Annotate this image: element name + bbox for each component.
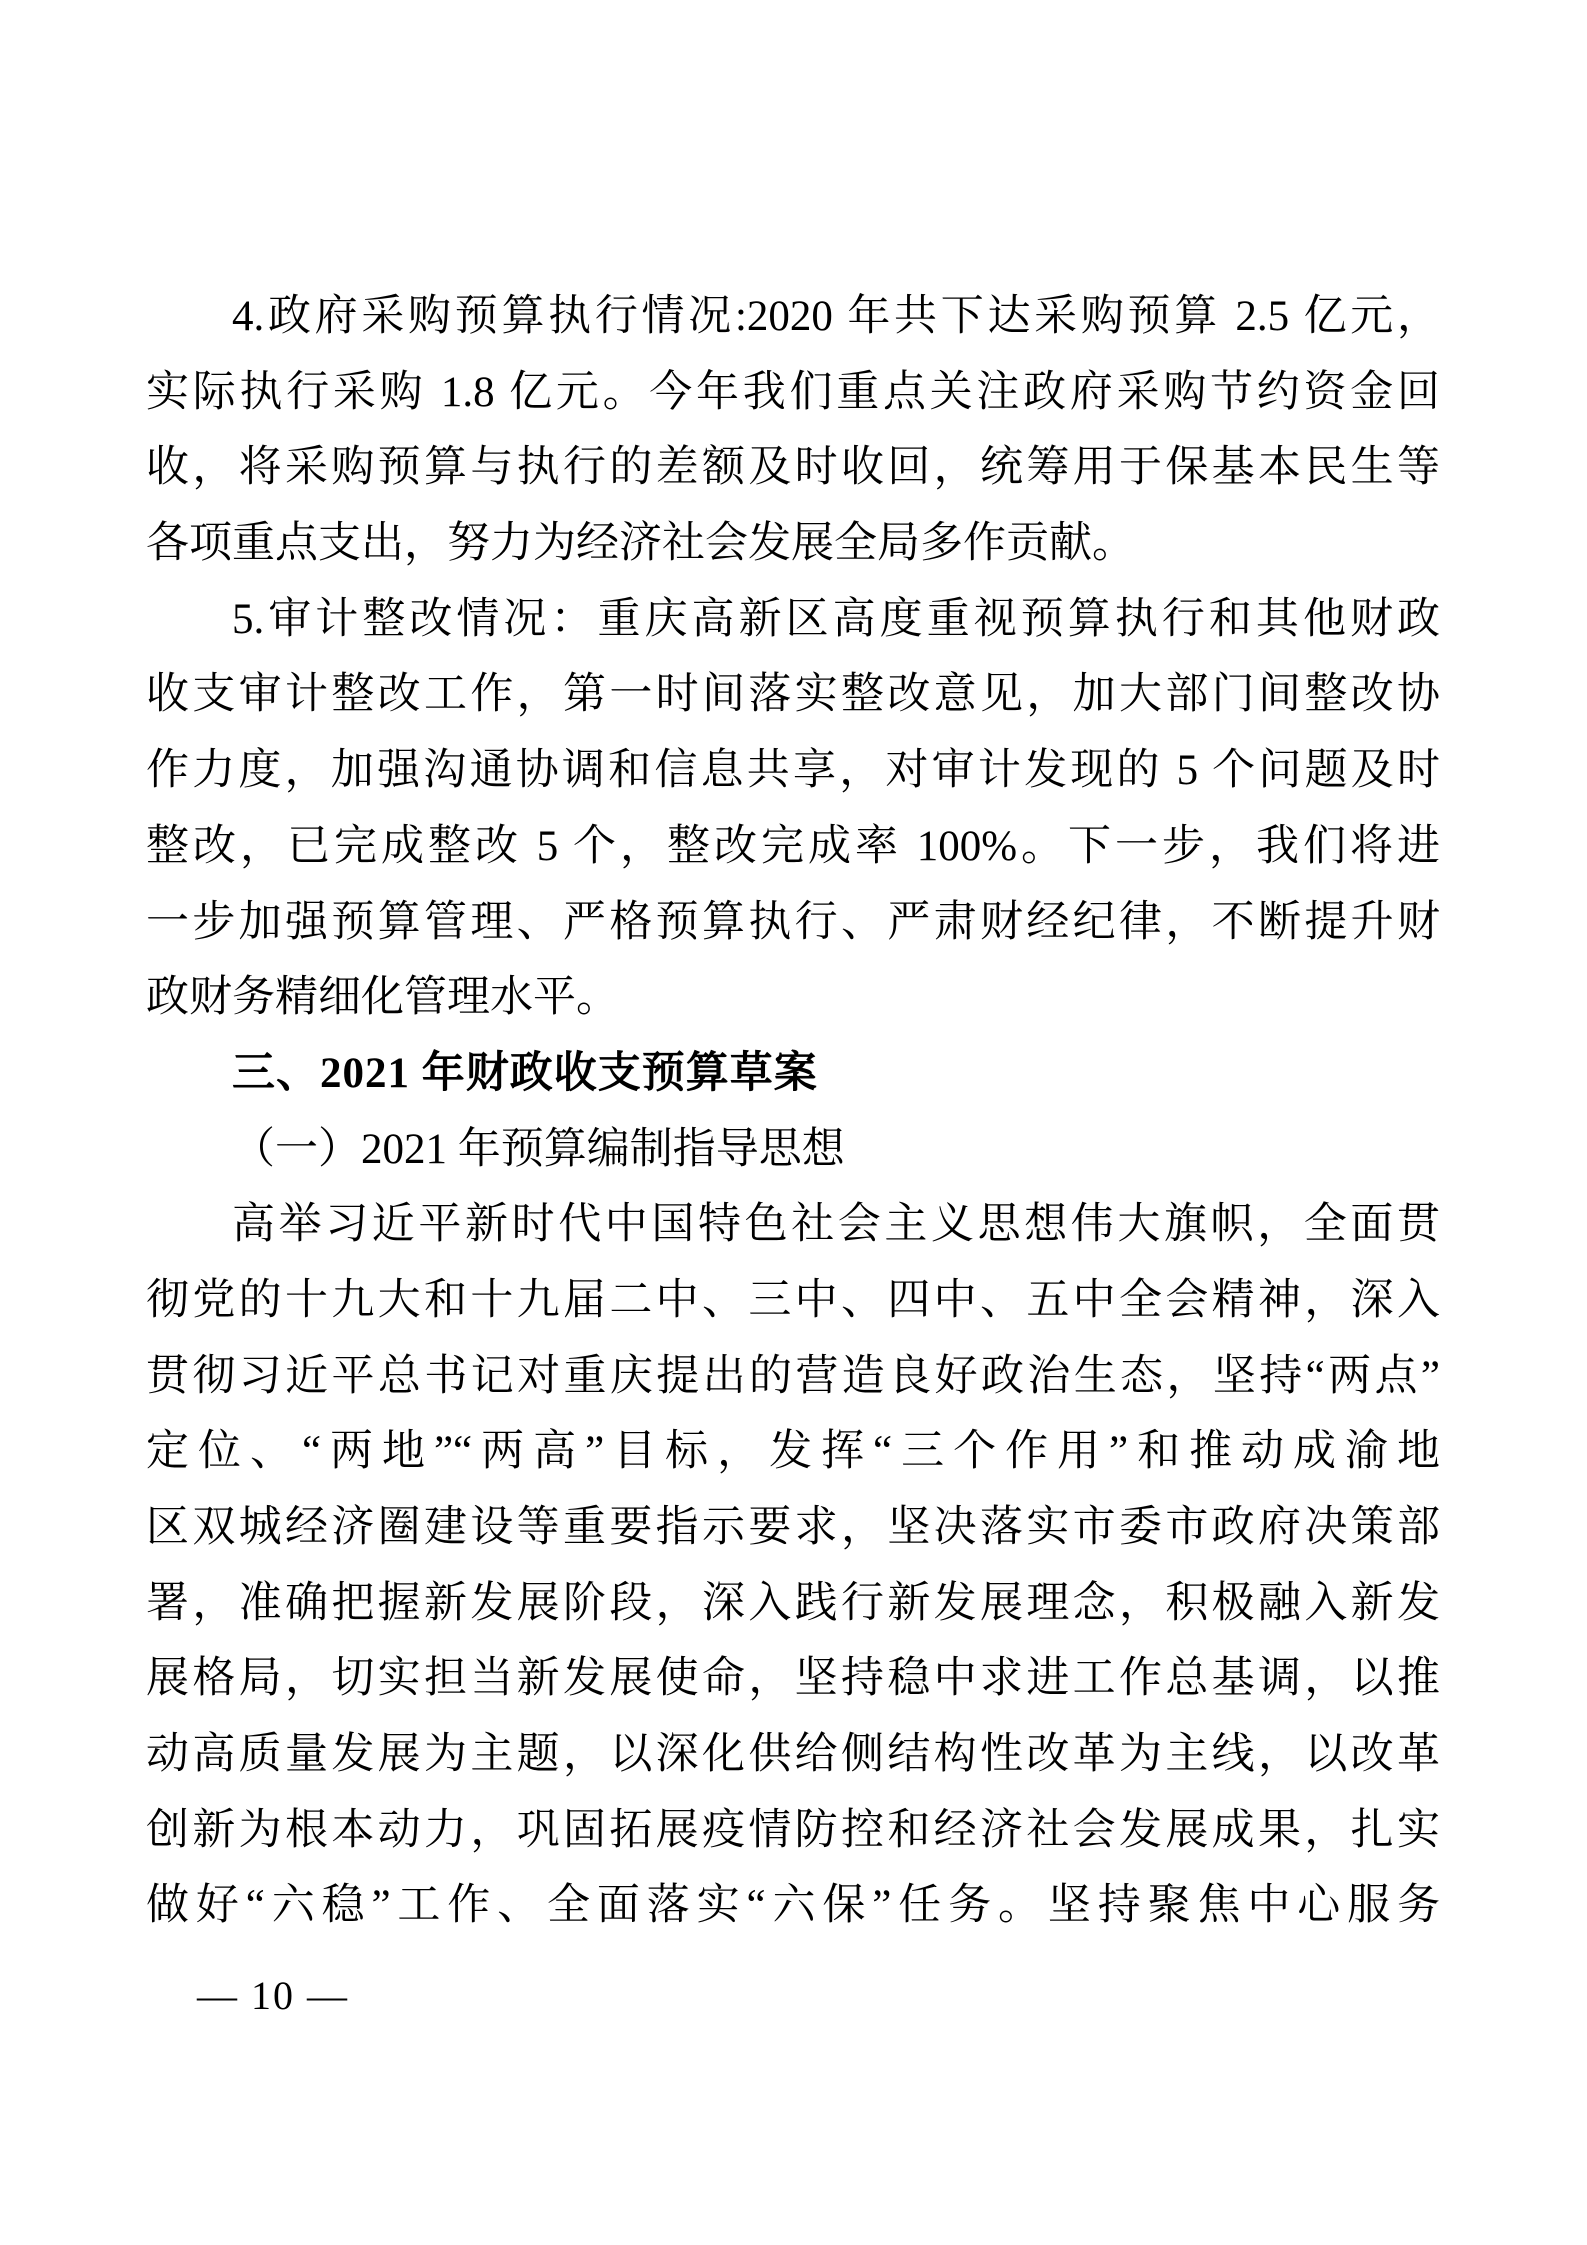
text-line: 作力度，加强沟通协调和信息共享，对审计发现的 5 个问题及时 [146, 733, 1440, 809]
text-line: 贯彻习近平总书记对重庆提出的营造良好政治生态，坚持“两点” [146, 1339, 1440, 1415]
text-line: 署，准确把握新发展阶段，深入践行新发展理念，积极融入新发 [146, 1566, 1440, 1642]
text-line: 彻党的十九大和十九届二中、三中、四中、五中全会精神，深入 [146, 1263, 1440, 1339]
text-line: 做好“六稳”工作、全面落实“六保”任务。坚持聚焦中心服务 [146, 1868, 1440, 1944]
paragraph-procurement: 4.政府采购预算执行情况:2020 年共下达采购预算 2.5 亿元， 实际执行采… [146, 279, 1440, 582]
text-line: 高举习近平新时代中国特色社会主义思想伟大旗帜，全面贯 [146, 1187, 1440, 1263]
text-line: 4.政府采购预算执行情况:2020 年共下达采购预算 2.5 亿元， [146, 279, 1440, 355]
subsection-heading: （一）2021 年预算编制指导思想 [146, 1112, 1440, 1188]
section-heading: 三、2021 年财政收支预算草案 [146, 1036, 1440, 1112]
text-line: 收支审计整改工作，第一时间落实整改意见，加大部门间整改协 [146, 657, 1440, 733]
document-body: 4.政府采购预算执行情况:2020 年共下达采购预算 2.5 亿元， 实际执行采… [146, 279, 1440, 1944]
text-line: 创新为根本动力，巩固拓展疫情防控和经济社会发展成果，扎实 [146, 1793, 1440, 1869]
text-line: 一步加强预算管理、严格预算执行、严肃财经纪律，不断提升财 [146, 885, 1440, 961]
document-page: 4.政府采购预算执行情况:2020 年共下达采购预算 2.5 亿元， 实际执行采… [0, 0, 1587, 2245]
text-line: 收，将采购预算与执行的差额及时收回，统筹用于保基本民生等 [146, 430, 1440, 506]
page-number: — 10 — [197, 1968, 349, 2024]
text-line: 区双城经济圈建设等重要指示要求，坚决落实市委市政府决策部 [146, 1490, 1440, 1566]
paragraph-audit: 5.审计整改情况：重庆高新区高度重视预算执行和其他财政 收支审计整改工作，第一时… [146, 582, 1440, 1036]
text-line: 动高质量发展为主题，以深化供给侧结构性改革为主线，以改革 [146, 1717, 1440, 1793]
text-line: 政财务精细化管理水平。 [146, 960, 1440, 1036]
text-line: 实际执行采购 1.8 亿元。今年我们重点关注政府采购节约资金回 [146, 355, 1440, 431]
text-line: 各项重点支出，努力为经济社会发展全局多作贡献。 [146, 506, 1440, 582]
paragraph-guiding-ideology: 高举习近平新时代中国特色社会主义思想伟大旗帜，全面贯 彻党的十九大和十九届二中、… [146, 1187, 1440, 1944]
text-line: 5.审计整改情况：重庆高新区高度重视预算执行和其他财政 [146, 582, 1440, 658]
text-line: 整改，已完成整改 5 个，整改完成率 100%。下一步，我们将进 [146, 809, 1440, 885]
text-line: 定位、“两地”“两高”目标，发挥“三个作用”和推动成渝地 [146, 1414, 1440, 1490]
text-line: 展格局，切实担当新发展使命，坚持稳中求进工作总基调，以推 [146, 1641, 1440, 1717]
